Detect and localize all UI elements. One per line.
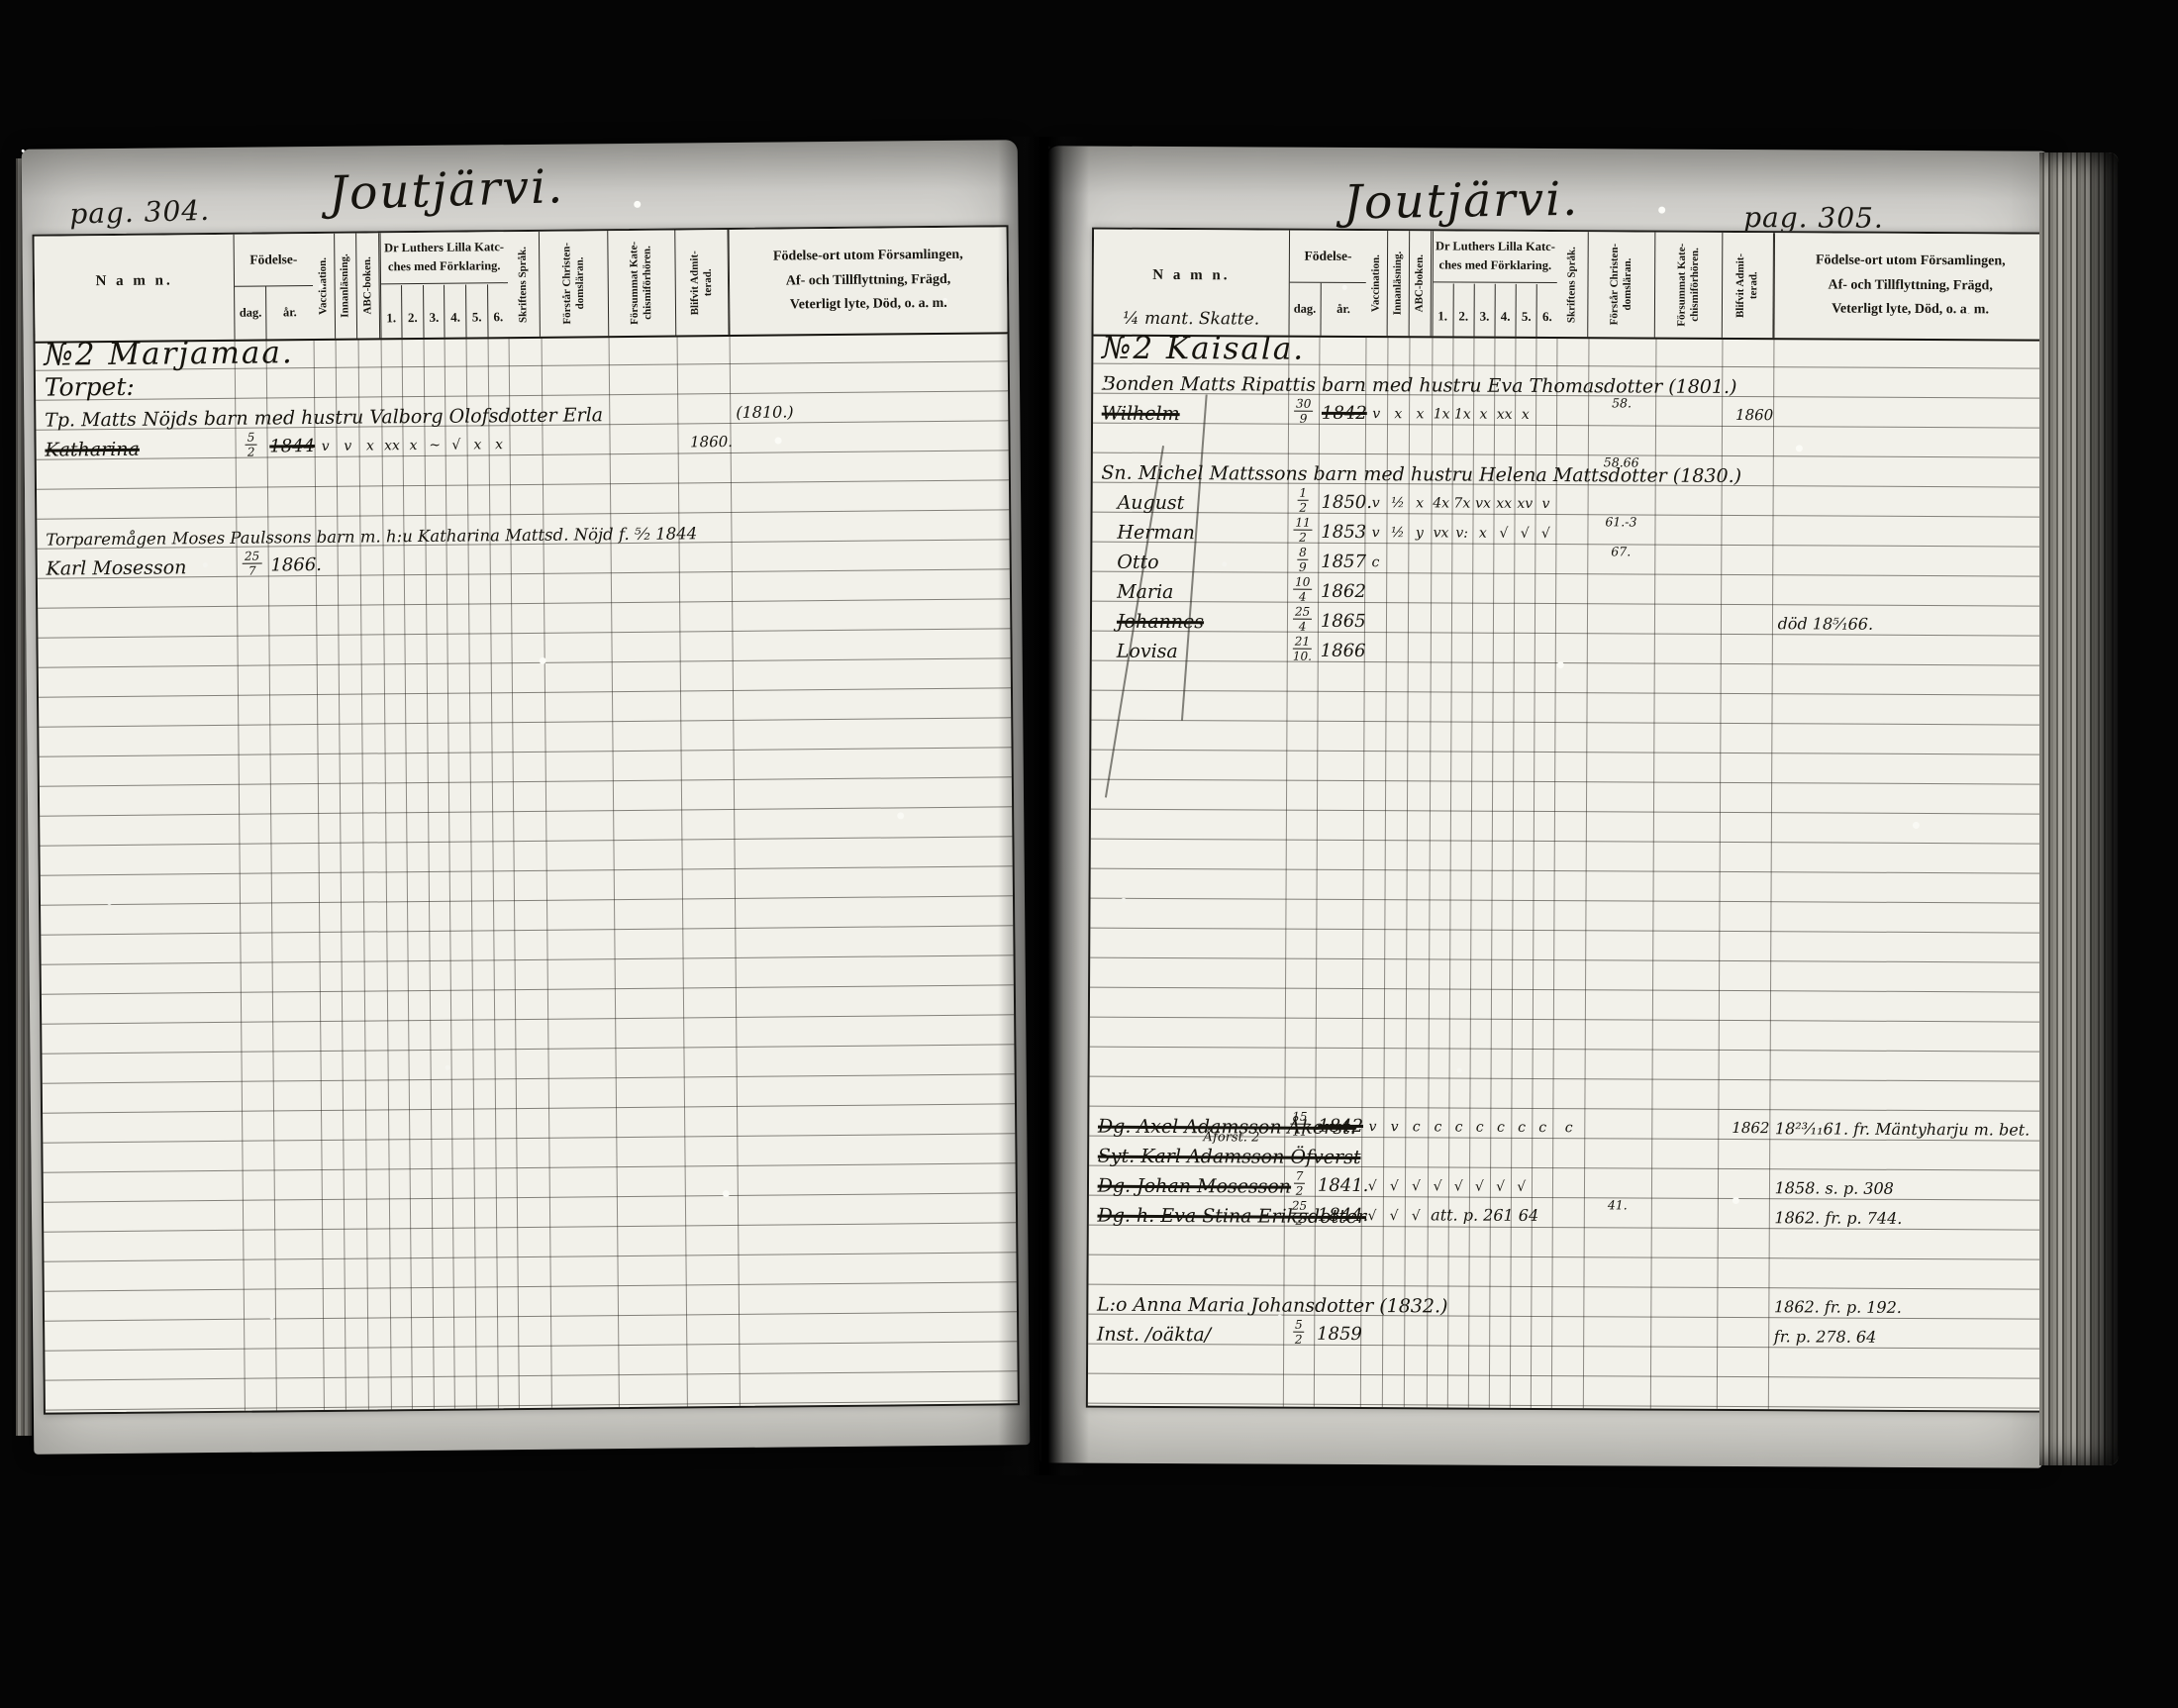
column-header-blifvit-admitterad: Blifvit Admit- terad. [676,230,730,336]
month: 11 [1292,1125,1307,1138]
entry-admitted-year: 1860 [1722,406,1787,424]
entry-admitted-year: 1862 [1718,1119,1783,1137]
entry-mark: √ [1383,1208,1405,1224]
column-header-forsummat-katechismiforhoren: Försummat Kate- chismiförhören. [1655,233,1723,338]
entry-remark: 1862. fr. p. 192. [1774,1297,1902,1317]
column-header-katekes: Dr Luthers Lilla Katc- ches med Förklari… [1432,231,1558,337]
entry-mark: √ [1405,1208,1427,1224]
entry-name: Bonden Matts Ripattis barn med hustru Ev… [1102,375,1737,396]
column-header-fodelse: Födelse- dag. år. [234,234,314,340]
entry-birth-day: 104 [1287,576,1318,603]
entry-mark: √ [1361,1208,1383,1224]
entry-mark: c [1490,1120,1511,1136]
entry-mark: xx [381,438,403,453]
entry-mark: v [1365,495,1387,511]
day: 21 [1293,636,1312,650]
entry-mark: vx [1472,496,1493,512]
entry-mark: c [1511,1120,1532,1136]
entry-birth-year: 1866. [270,554,322,575]
day: 25 [1290,1200,1309,1214]
table-body: №2 Marjamaa.Torpet:Tp. Matts Nöjds barn … [36,332,1018,1412]
entry-mark: v [1535,496,1556,512]
column-header-forstar-christendomslaran: Förstår Christen- domsläran. [540,231,609,337]
entry-exam-note: 61.-3 [1588,514,1654,529]
entry-row: Inst. /oäkta/521859fr. p. 278. 64 [1088,1315,2040,1350]
day: 1 [1297,487,1309,501]
column-header-katekes: Dr Luthers Lilla Katc- ches med Förklari… [379,232,509,338]
entry-mark: √ [1448,1178,1469,1194]
entry-mark: xx [1494,407,1515,423]
day: 15 [1290,1111,1309,1125]
month: 2 [1299,501,1307,514]
entry-name: Dg. Johan Mosesson [1098,1177,1292,1196]
entry-mark: c [1553,1120,1585,1136]
entry-exam-note: 41. [1584,1197,1650,1212]
entry-mark: ½ [1387,525,1409,541]
entry-name: Maria [1117,583,1173,601]
entry-mark: xv [1515,496,1535,512]
entry-birth-year: 1853 [1321,522,1366,543]
column-header-namn: N a m n. ¼ mant. Skatte. [1093,230,1289,336]
column-header-ar: år. [266,286,313,339]
column-header-blifvit-admitterad: Blifvit Admit- terad. [1722,233,1773,338]
entry-mark: x [1409,495,1431,511]
entry-exam-note: 58.66 [1588,454,1654,469]
entry-birth-day: 52 [236,431,267,457]
entry-birth-day: 309 [1288,398,1319,425]
entry-mark: x [1387,406,1409,422]
entry-mark: x [1409,406,1431,422]
entry-remark: död 18⁵⁄₁66. [1778,614,1874,634]
entry-birth-day: 72 [1284,1170,1315,1197]
entry-birth-day: 112 [1288,517,1319,544]
entry-birth-year: 1862 [1321,581,1366,602]
right-page-edge-stack [2039,152,2119,1465]
entry-mark: vx [1431,525,1451,541]
entry-mark: v [314,439,337,454]
entry-mark: x [359,438,382,453]
entry-admitted-year: 1860. [678,433,745,452]
entry-name: Lovisa [1117,643,1178,660]
table-body: №2 Kaisala.Bonden Matts Ripattis barn me… [1088,335,2046,1411]
column-header-dag: dag. [1290,283,1322,336]
entry-mark: √ [1511,1179,1532,1195]
column-header-innanlasning: Innanläsning. [335,234,358,339]
column-header-remarks: Födelse-ort utom Församlingen, Af- och T… [1773,233,2046,339]
entry-name: Karl Mosesson [47,558,187,577]
entry-mark: x [467,437,489,452]
entry-mark: √ [1493,526,1514,542]
entry-mark: √ [1515,526,1535,542]
month: 10. [1293,650,1312,662]
page-number: pag. 305. [1743,201,1884,235]
month: 4 [1299,590,1307,603]
entry-remark: 1862. fr. p. 744. [1774,1208,1902,1228]
entry-birth-day: 254 [1287,606,1318,633]
column-header-dag: dag. [235,286,267,339]
entry-mark: c [1448,1119,1469,1135]
entry-name: Herman [1117,524,1195,542]
entry-mark: √ [1361,1178,1383,1194]
month: 2 [1299,531,1307,544]
register-table: N a m n. ¼ mant. Skatte. Födelse- dag. å… [1086,228,2048,1413]
entry-mark: c [1364,554,1386,570]
entry-birth-day: 252 [1284,1200,1315,1227]
entry-mark: c [1406,1119,1428,1135]
month: 2 [247,446,255,458]
entry-exam-note: 67. [1588,544,1654,558]
day: 5 [246,432,257,446]
column-header-remarks: Födelse-ort utom Församlingen, Af- och T… [729,227,1008,335]
entry-birth-year: 1859 [1317,1324,1362,1345]
month: 9 [1299,560,1307,573]
entry-mark: xx [1494,496,1515,512]
entry-birth-day: 2110. [1287,636,1318,662]
month: 2 [1296,1184,1304,1197]
entry-mark: x [1515,407,1535,423]
table-row [1088,1374,2040,1409]
column-header-innanlasning: Innanläsning. [1388,231,1411,336]
entry-mark: y [1409,525,1431,541]
column-header-forsummat-katechismiforhoren: Försummat Kate- chismiförhören. [608,231,677,337]
month: 7 [248,564,256,577]
entry-remark: fr. p. 278. 64 [1774,1327,1877,1347]
entry-row: Dg. h. Eva Stina Eriksdotter2521844.√√√a… [1089,1196,2041,1231]
day: 8 [1297,547,1309,560]
entry-mark: √ [1405,1178,1427,1194]
entry-mark: √ [1469,1179,1490,1195]
column-header-vaccination: Vaccination. [312,234,336,339]
entry-mark: ½ [1387,495,1409,511]
month: 4 [1299,620,1307,633]
column-header-skriftens-sprak: Skriftens Språk. [1557,232,1589,337]
entry-row: Wilhelm3091842vxx1x1xxxxx58.1860 [1093,394,2045,429]
entry-birth-year: 1865 [1321,611,1366,632]
entry-mark: v [337,439,359,454]
entry-birth-year: 1842 [1318,1116,1363,1137]
column-header-skriftens-sprak: Skriftens Språk. [508,232,541,337]
entry-birth-day: 89 [1287,547,1318,573]
table-header: N a m n. Födelse- dag. år. Vaccination. … [35,227,1008,343]
entry-mark: 4x [1431,495,1451,511]
entry-mark: v [1365,525,1387,541]
entry-birth-year: 1866 [1321,641,1366,661]
entry-mark: v [1384,1119,1406,1135]
column-header-ar: år. [1321,283,1366,336]
entry-birth-year: 1857 [1321,552,1366,572]
month: 2 [1295,1333,1303,1346]
left-page: pag. 304. Joutjärvi. N a m n. Födelse- d… [22,140,1031,1455]
table-header: N a m n. ¼ mant. Skatte. Födelse- dag. å… [1093,230,2046,342]
register-table: N a m n. Födelse- dag. år. Vaccination. … [33,225,1020,1414]
entry-remark: 18²³⁄₁₁61. fr. Mäntyharju m. bet. [1775,1119,2029,1139]
entry-exam-note: 58. [1588,395,1654,410]
entry-mark: c [1533,1120,1553,1136]
right-page: pag. 305. Joutjärvi. N a m n. ¼ mant. Sk… [1040,146,2049,1467]
entry-mark: x [488,437,510,452]
entry-mark: v: [1451,526,1472,542]
entry-mark: v [1365,406,1387,422]
column-header-vaccination: Vaccination. [1366,231,1389,336]
day: 25 [243,551,261,564]
entry-mark: √ [445,438,467,453]
entry-birth-day: 257 [237,550,268,576]
entry-name: L:o Anna Maria Johansdotter (1832.) [1097,1296,1448,1316]
entry-mark: c [1428,1119,1448,1135]
entry-annotation: Åforst. 2 [1204,1130,1260,1145]
entry-mark: 1x [1432,406,1452,422]
entry-mark: ~ [424,438,445,453]
entry-name: Torpet: [45,375,135,400]
entry-mark: √ [1383,1178,1405,1194]
entry-mark: x [403,438,425,453]
column-header-fodelse: Födelse- dag. år. [1289,231,1366,336]
entry-row: Lovisa2110.1866 [1092,632,2044,666]
page-number: pag. 304. [69,194,211,231]
entry-mark: v [1361,1119,1383,1135]
entry-name: Syt. Karl Adamsson Öfverst [1098,1148,1361,1166]
entry-mark: √ [1427,1178,1447,1194]
entry-birth-day: 52 [1283,1319,1314,1346]
entry-name: №2 Kaisala. [1102,334,1305,364]
month: 2 [1296,1214,1304,1227]
column-header-forstar-christendomslaran: Förstår Christen- domsläran. [1589,232,1656,337]
entry-birth-year: 1844 [269,436,315,456]
entry-mark-note: att. p. 261 64 [1431,1205,1538,1225]
day: 30 [1294,398,1313,412]
column-header-namn: N a m n. [35,235,235,342]
entry-mark: √ [1490,1179,1511,1195]
column-header-abc-boken: ABC-boken. [357,233,381,338]
entry-birth-day: 12 [1288,487,1319,514]
entry-mark: √ [1535,526,1556,542]
entry-name: Katharina [45,441,140,459]
entry-name: Wilhelm [1102,405,1180,423]
page-title: Joutjärvi. [1343,172,1580,231]
entry-name: Otto [1117,553,1158,571]
entry-mark: x [1472,526,1493,542]
day: 5 [1293,1319,1305,1333]
entry-birth-year: 1842 [1322,403,1367,424]
mantal-note: ¼ mant. Skatte. [1094,309,1289,330]
entry-name: №2 Marjamaa. [44,339,294,370]
entry-mark: x [1473,407,1494,423]
entry-remark: 1858. s. p. 308 [1775,1178,1894,1198]
day: 10 [1293,576,1312,590]
entry-mark: 7x [1451,496,1472,512]
entry-mark: c [1469,1120,1490,1136]
entry-name: Inst. /oäkta/ [1097,1326,1211,1345]
month: 9 [1300,412,1308,425]
day: 25 [1293,606,1312,620]
entry-mark: 1x [1452,407,1473,423]
entry-birth-day: 1511 [1284,1111,1315,1138]
day: 11 [1293,517,1312,531]
page-title: Joutjärvi. [328,159,564,221]
entry-remark: (1810.) [736,402,793,422]
day: 7 [1294,1170,1306,1184]
column-header-abc-boken: ABC-boken. [1410,231,1433,336]
